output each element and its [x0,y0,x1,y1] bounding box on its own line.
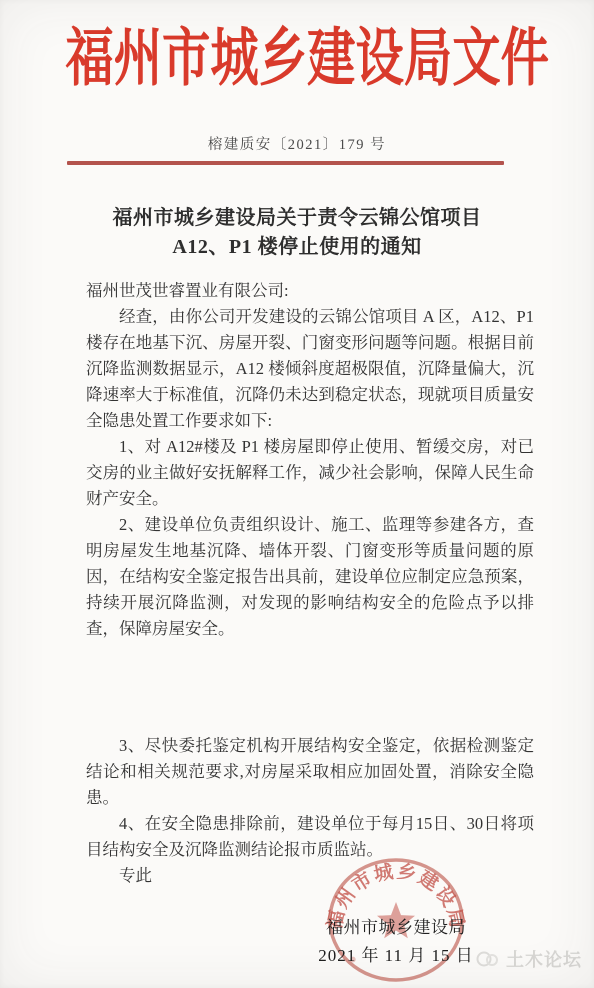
notice-body-upper: 福州世茂世睿置业有限公司: 经查，由你公司开发建设的云锦公馆项目 A 区，A12… [86,278,534,642]
red-separator-rule [67,161,504,165]
forum-logo-icon [475,948,501,970]
watermark-text: 土木论坛 [506,946,582,972]
paragraph-item-3: 3、尽快委托鉴定机构开展结构安全鉴定，依据检测鉴定结论和相关规范要求,对房屋采取… [86,733,534,811]
paragraph-item-2: 2、建设单位负责组织设计、施工、监理等参建各方，查明房屋发生地基沉降、墙体开裂、… [86,512,534,642]
notice-title: 福州市城乡建设局关于责令云锦公馆项目 A12、P1 楼停止使用的通知 [0,204,594,261]
salutation: 福州世茂世睿置业有限公司: [86,278,534,304]
official-document-page: 福州市城乡建设局文件 榕建质安〔2021〕179 号 福州市城乡建设局关于责令云… [0,0,594,988]
notice-title-line1: 福州市城乡建设局关于责令云锦公馆项目 [0,204,594,233]
issue-date: 2021 年 11 月 15 日 [312,941,480,966]
red-letterhead-title: 福州市城乡建设局文件 [65,15,528,103]
paragraph-item-1: 1、对 A12#楼及 P1 楼房屋即停止使用、暂缓交房，对已交房的业主做好安抚解… [86,434,534,512]
paragraph-intro: 经查，由你公司开发建设的云锦公馆项目 A 区，A12、P1 楼存在地基下沉、房屋… [86,304,534,434]
watermark: 土木论坛 [475,946,582,972]
document-number: 榕建质安〔2021〕179 号 [0,133,594,154]
notice-title-line2: A12、P1 楼停止使用的通知 [0,233,594,262]
issuer-signature: 福州市城乡建设局 [312,913,480,938]
